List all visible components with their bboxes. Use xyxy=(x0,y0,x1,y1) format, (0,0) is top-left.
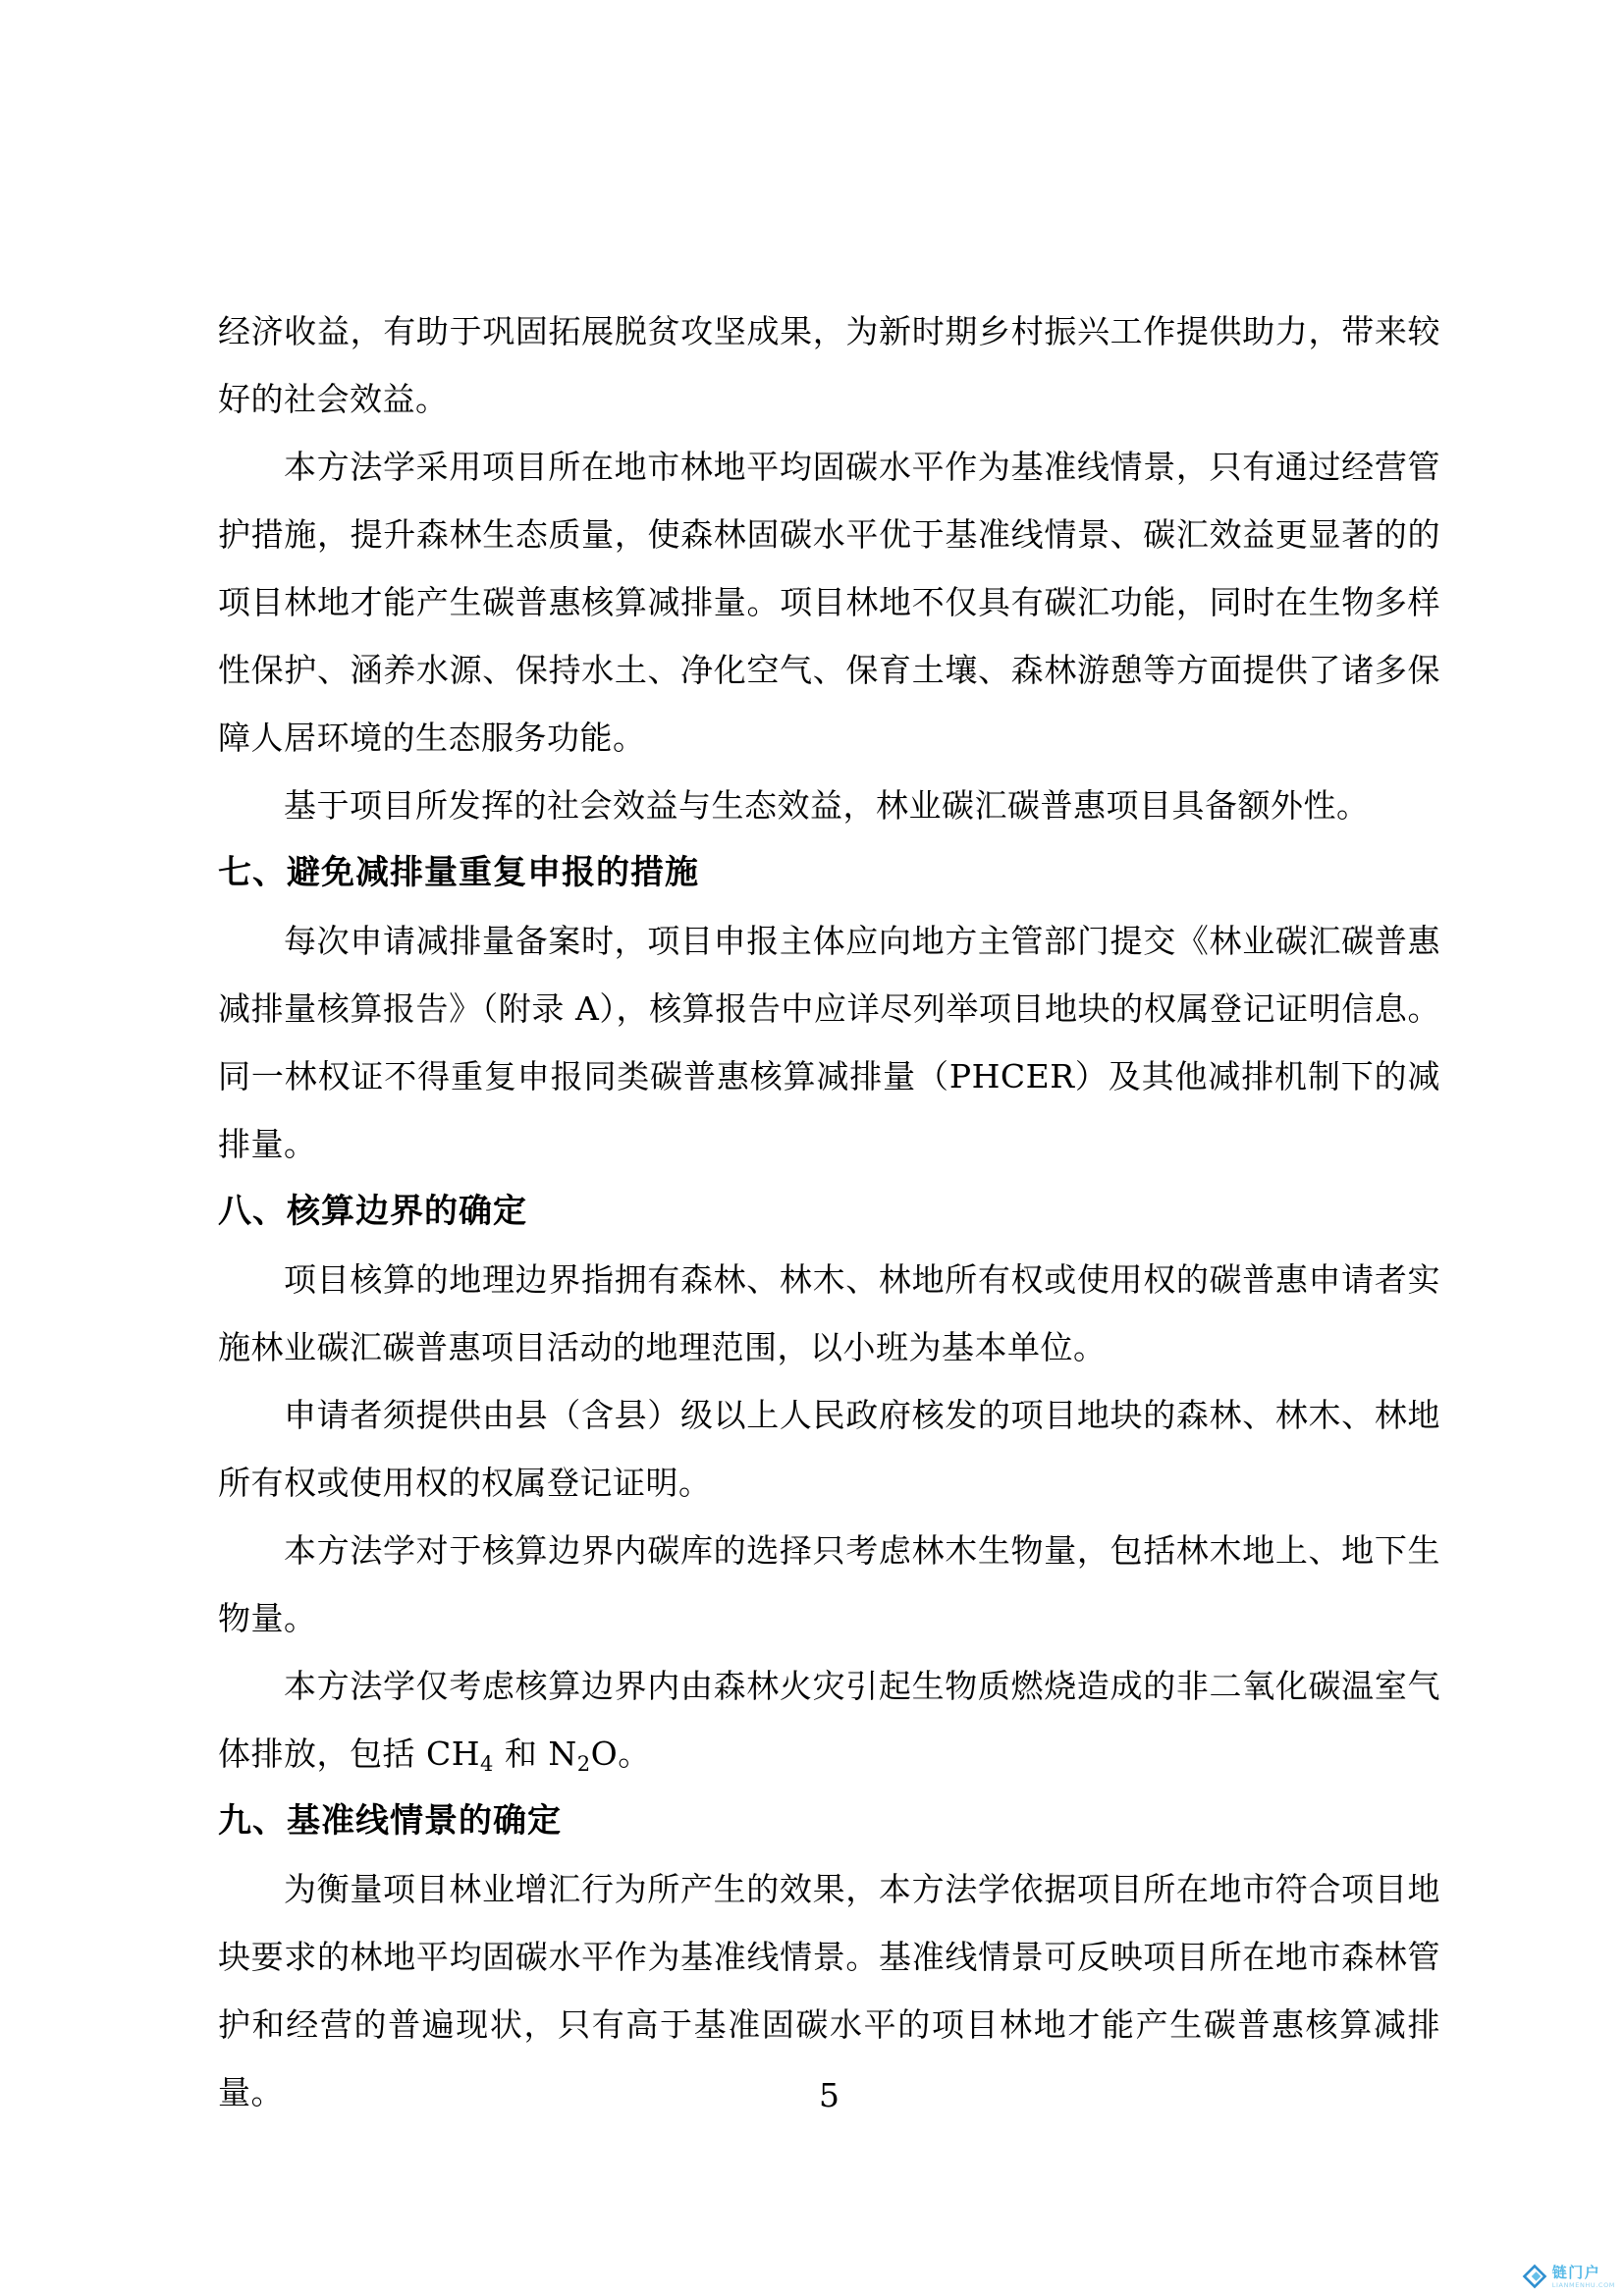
watermark-domain: LIANMENHU.COM xyxy=(1552,2281,1615,2289)
page-number: 5 xyxy=(218,2061,1440,2129)
document-page: 经济收益，有助于巩固拓展脱贫攻坚成果，为新时期乡村振兴工作提供助力，带来较好的社… xyxy=(0,0,1624,2296)
paragraph: 项目核算的地理边界指拥有森林、林木、林地所有权或使用权的碳普惠申请者实施林业碳汇… xyxy=(218,1246,1440,1381)
text-run: 和 N xyxy=(494,1735,577,1773)
paragraph: 本方法学采用项目所在地市林地平均固碳水平作为基准线情景，只有通过经营管护措施，提… xyxy=(218,433,1440,772)
paragraph: 每次申请减排量备案时，项目申报主体应向地方主管部门提交《林业碳汇碳普惠减排量核算… xyxy=(218,907,1440,1178)
watermark-text: 链门户 LIANMENHU.COM xyxy=(1552,2266,1615,2289)
subscript-ch4: 4 xyxy=(480,1752,494,1776)
text-run: 本方法学仅考虑核算边界内由森林火灾引起生物质燃烧造成的非二氧化碳温室气体排放，包… xyxy=(218,1667,1440,1773)
lianmenhu-logo-icon xyxy=(1522,2264,1548,2290)
text-run: O。 xyxy=(591,1735,651,1773)
section-heading-7: 七、避免减排量重复申报的措施 xyxy=(218,839,1440,907)
page-content: 经济收益，有助于巩固拓展脱贫攻坚成果，为新时期乡村振兴工作提供助力，带来较好的社… xyxy=(218,297,1440,2296)
section-heading-8: 八、核算边界的确定 xyxy=(218,1178,1440,1246)
paragraph-continuation: 经济收益，有助于巩固拓展脱贫攻坚成果，为新时期乡村振兴工作提供助力，带来较好的社… xyxy=(218,297,1440,433)
paragraph: 本方法学对于核算边界内碳库的选择只考虑林木生物量，包括林木地上、地下生物量。 xyxy=(218,1517,1440,1652)
paragraph-with-subscripts: 本方法学仅考虑核算边界内由森林火灾引起生物质燃烧造成的非二氧化碳温室气体排放，包… xyxy=(218,1652,1440,1788)
subscript-n2o: 2 xyxy=(577,1752,591,1776)
paragraph: 基于项目所发挥的社会效益与生态效益，林业碳汇碳普惠项目具备额外性。 xyxy=(218,772,1440,839)
watermark: 链门户 LIANMENHU.COM xyxy=(1522,2264,1615,2290)
section-heading-9: 九、基准线情景的确定 xyxy=(218,1788,1440,1855)
watermark-brand: 链门户 xyxy=(1552,2266,1601,2280)
paragraph: 申请者须提供由县（含县）级以上人民政府核发的项目地块的森林、林木、林地所有权或使… xyxy=(218,1381,1440,1517)
